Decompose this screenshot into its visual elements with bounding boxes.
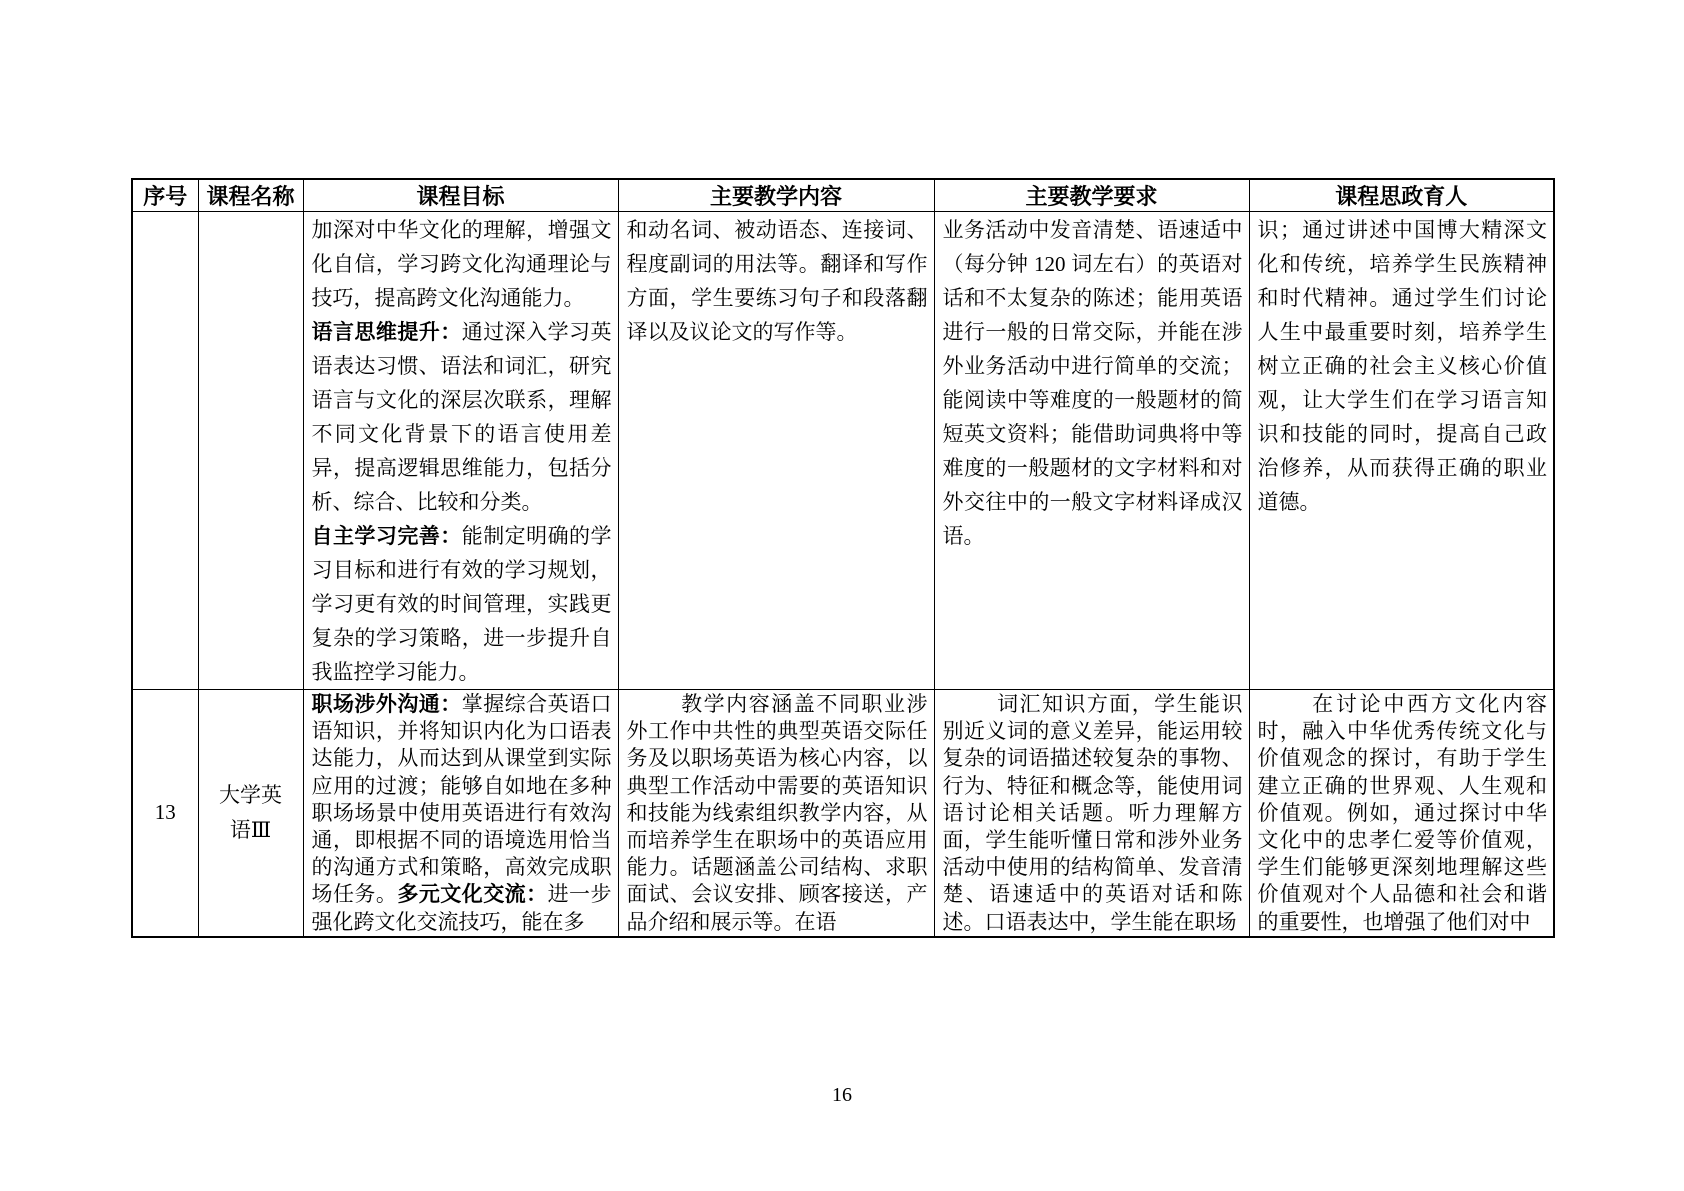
- text-run: 业务活动中发音清楚、语速适中（每分钟 120 词左右）的英语对话和不太复杂的陈述…: [943, 218, 1243, 548]
- cell-course-name: 大学英语Ⅲ: [198, 690, 303, 937]
- header-course-name: 课程名称: [198, 179, 303, 212]
- header-content: 主要教学内容: [618, 179, 934, 212]
- cell-requirements: 词汇知识方面，学生能识别近义词的意义差异，能运用较复杂的词语描述较复杂的事物、行…: [934, 690, 1249, 937]
- document-page: 序号 课程名称 课程目标 主要教学内容 主要教学要求 课程思政育人 加深对中华文…: [0, 0, 1684, 1191]
- text-run: 能制定明确的学习目标和进行有效的学习规划，学习更有效的时间管理，实践更复杂的学习…: [312, 524, 612, 684]
- text-run: 在讨论中西方文化内容时，融入中华优秀传统文化与价值观念的探讨，有助于学生建立正确…: [1258, 692, 1548, 934]
- cell-objectives: 加深对中华文化的理解，增强文化自信，学习跨文化沟通理论与技巧，提高跨文化沟通能力…: [303, 212, 618, 690]
- text-run: 和动名词、被动语态、连接词、程度副词的用法等。翻译和写作方面，学生要练习句子和段…: [627, 218, 928, 344]
- text-run: 通过深入学习英语表达习惯、语法和词汇，研究语言与文化的深层次联系，理解不同文化背…: [312, 320, 612, 514]
- bold-text-run: 职场涉外沟通：: [312, 692, 462, 716]
- text-run: 词汇知识方面，学生能识别近义词的意义差异，能运用较复杂的词语描述较复杂的事物、行…: [943, 692, 1243, 934]
- header-seq: 序号: [132, 179, 198, 212]
- paragraph: 词汇知识方面，学生能识别近义词的意义差异，能运用较复杂的词语描述较复杂的事物、行…: [943, 691, 1243, 936]
- paragraph: 自主学习完善：能制定明确的学习目标和进行有效的学习规划，学习更有效的时间管理，实…: [312, 519, 612, 689]
- page-number: 16: [0, 1084, 1684, 1107]
- header-objectives: 课程目标: [303, 179, 618, 212]
- paragraph: 识；通过讲述中国博大精深文化和传统，培养学生民族精神和时代精神。通过学生们讨论人…: [1258, 213, 1548, 519]
- cell-ideology: 在讨论中西方文化内容时，融入中华优秀传统文化与价值观念的探讨，有助于学生建立正确…: [1249, 690, 1554, 937]
- paragraph: 加深对中华文化的理解，增强文化自信，学习跨文化沟通理论与技巧，提高跨文化沟通能力…: [312, 213, 612, 315]
- cell-ideology: 识；通过讲述中国博大精深文化和传统，培养学生民族精神和时代精神。通过学生们讨论人…: [1249, 212, 1554, 690]
- course-syllabus-table: 序号 课程名称 课程目标 主要教学内容 主要教学要求 课程思政育人 加深对中华文…: [131, 178, 1555, 938]
- paragraph: 语言思维提升：通过深入学习英语表达习惯、语法和词汇，研究语言与文化的深层次联系，…: [312, 315, 612, 519]
- text-run: 加深对中华文化的理解，增强文化自信，学习跨文化沟通理论与技巧，提高跨文化沟通能力…: [312, 218, 612, 310]
- text-run: 教学内容涵盖不同职业涉外工作中共性的典型英语交际任务及以职场英语为核心内容，以典…: [627, 692, 928, 934]
- cell-seq: 13: [132, 690, 198, 937]
- paragraph: 教学内容涵盖不同职业涉外工作中共性的典型英语交际任务及以职场英语为核心内容，以典…: [627, 691, 928, 936]
- paragraph: 职场涉外沟通：掌握综合英语口语知识，并将知识内化为口语表达能力，从而达到从课堂到…: [312, 691, 612, 936]
- bold-text-run: 多元文化交流：: [397, 882, 547, 906]
- paragraph: 和动名词、被动语态、连接词、程度副词的用法等。翻译和写作方面，学生要练习句子和段…: [627, 213, 928, 349]
- paragraph: 在讨论中西方文化内容时，融入中华优秀传统文化与价值观念的探讨，有助于学生建立正确…: [1258, 691, 1548, 936]
- table-row-continuation: 加深对中华文化的理解，增强文化自信，学习跨文化沟通理论与技巧，提高跨文化沟通能力…: [132, 212, 1554, 690]
- cell-objectives: 职场涉外沟通：掌握综合英语口语知识，并将知识内化为口语表达能力，从而达到从课堂到…: [303, 690, 618, 937]
- cell-requirements: 业务活动中发音清楚、语速适中（每分钟 120 词左右）的英语对话和不太复杂的陈述…: [934, 212, 1249, 690]
- table-body: 加深对中华文化的理解，增强文化自信，学习跨文化沟通理论与技巧，提高跨文化沟通能力…: [132, 212, 1554, 937]
- bold-text-run: 自主学习完善：: [312, 524, 462, 548]
- text-run: 掌握综合英语口语知识，并将知识内化为口语表达能力，从而达到从课堂到实际应用的过渡…: [312, 692, 612, 906]
- text-run: 识；通过讲述中国博大精深文化和传统，培养学生民族精神和时代精神。通过学生们讨论人…: [1258, 218, 1548, 514]
- cell-course-name: [198, 212, 303, 690]
- table-row-course-13: 13 大学英语Ⅲ 职场涉外沟通：掌握综合英语口语知识，并将知识内化为口语表达能力…: [132, 690, 1554, 937]
- cell-content: 和动名词、被动语态、连接词、程度副词的用法等。翻译和写作方面，学生要练习句子和段…: [618, 212, 934, 690]
- header-row: 序号 课程名称 课程目标 主要教学内容 主要教学要求 课程思政育人: [132, 179, 1554, 212]
- paragraph: 业务活动中发音清楚、语速适中（每分钟 120 词左右）的英语对话和不太复杂的陈述…: [943, 213, 1243, 553]
- bold-text-run: 语言思维提升：: [312, 320, 462, 344]
- table-header: 序号 课程名称 课程目标 主要教学内容 主要教学要求 课程思政育人: [132, 179, 1554, 212]
- cell-seq: [132, 212, 198, 690]
- header-requirements: 主要教学要求: [934, 179, 1249, 212]
- cell-content: 教学内容涵盖不同职业涉外工作中共性的典型英语交际任务及以职场英语为核心内容，以典…: [618, 690, 934, 937]
- header-ideology: 课程思政育人: [1249, 179, 1554, 212]
